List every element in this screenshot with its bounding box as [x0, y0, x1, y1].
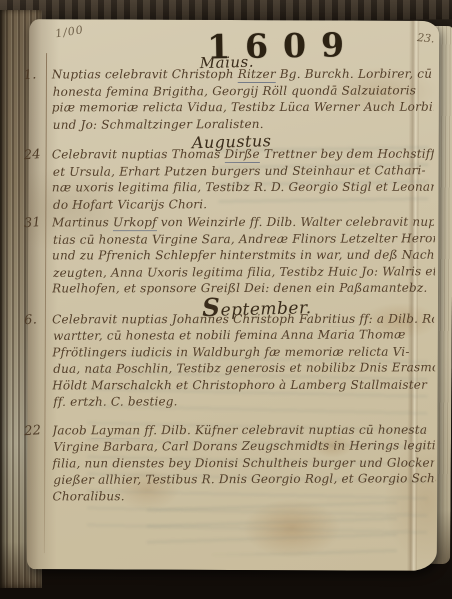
- underlined-name: Dirße: [224, 147, 259, 163]
- entry-line: tias cū honesta Virgine Sara, Andreæ Fli…: [53, 230, 435, 248]
- entry-line: Choralibus.: [52, 487, 434, 504]
- underlined-name: Urkopf: [113, 215, 157, 231]
- register-entry: 24Celebravit nuptias Thomas Dirße Trettn…: [52, 146, 434, 213]
- entry-line: zeugten, Anna Uxoris legitima filia, Tes…: [53, 263, 435, 281]
- entry-line: ff. ertzh. C. bestieg.: [53, 392, 435, 410]
- entry-line: Celebravit nuptias Johannes Christoph Fa…: [52, 310, 434, 327]
- underlined-name: Layman: [91, 423, 140, 439]
- register-entry: 22Jacob Layman ff. Dilb. Küfner celebrav…: [52, 421, 434, 504]
- entry-line: filia, nun dienstes bey Dionisi Schulthe…: [52, 454, 434, 471]
- register-text-column: Maius.1.Nuptias celebravit Christoph Rit…: [52, 54, 435, 507]
- entry-line: do Hofart Vicarijs Chori.: [53, 195, 435, 213]
- folio-number: 23.: [417, 31, 436, 46]
- manuscript-page: 1/00 23. 1609 Maius.1.Nuptias celebravit…: [27, 19, 439, 571]
- entry-line: et Ursula, Erhart Putzen burgers und Ste…: [53, 162, 435, 180]
- day-number: 1.: [23, 67, 48, 85]
- entry-line: Pfrötlingers iudicis in Waldburgh fæ mem…: [52, 343, 434, 360]
- entry-line: Celebravit nuptias Thomas Dirße Trettner…: [52, 146, 434, 163]
- day-number: 24: [23, 147, 48, 165]
- register-entry: 6.Celebravit nuptias Johannes Christoph …: [52, 310, 434, 410]
- day-number: 22: [24, 422, 49, 440]
- register-entry: 1.Nuptias celebravit Christoph Ritzer Bg…: [52, 66, 434, 133]
- entry-line: honesta femina Brigitha, Georgij Röll qu…: [53, 82, 435, 100]
- entry-line: gießer allhier, Testibus R. Dnis Georgio…: [53, 470, 435, 488]
- entry-line: wartter, cū honesta et nobili femina Ann…: [53, 326, 435, 344]
- margin-rule-line: [44, 53, 47, 553]
- manuscript-photo: 1/00 23. 1609 Maius.1.Nuptias celebravit…: [0, 0, 452, 599]
- entry-line: piæ memoriæ relicta Vidua, Testibz Lüca …: [52, 99, 434, 116]
- entry-line: und zu Pfrenich Schlepfer hinterstmits i…: [52, 247, 434, 264]
- entry-line: Höldt Marschalckh et Christophoro à Lamb…: [52, 376, 434, 393]
- entry-line: Virgine Barbara, Carl Dorans Zeugschmidt…: [53, 437, 435, 455]
- entry-line: Martinus Urkopf von Weinzirle ff. Dilb. …: [52, 214, 434, 231]
- entry-line: Jacob Layman ff. Dilb. Küfner celebravit…: [52, 421, 434, 438]
- pencil-foliation-note: 1/00: [54, 23, 84, 40]
- underlined-name: Ritzer: [238, 67, 276, 83]
- day-number: 6.: [24, 311, 49, 329]
- entry-line: næ uxoris legitima filia, Testibz R. D. …: [52, 179, 434, 196]
- register-entry: 31Martinus Urkopf von Weinzirle ff. Dilb…: [52, 214, 434, 297]
- entry-line: dua, nata Poschlin, Testibz generosis et…: [53, 359, 435, 377]
- ink-bleedthrough: [147, 500, 397, 556]
- day-number: 31: [23, 215, 48, 233]
- underlined-name: Fabritius: [299, 311, 355, 327]
- entry-line: Nuptias celebravit Christoph Ritzer Bg. …: [52, 66, 434, 83]
